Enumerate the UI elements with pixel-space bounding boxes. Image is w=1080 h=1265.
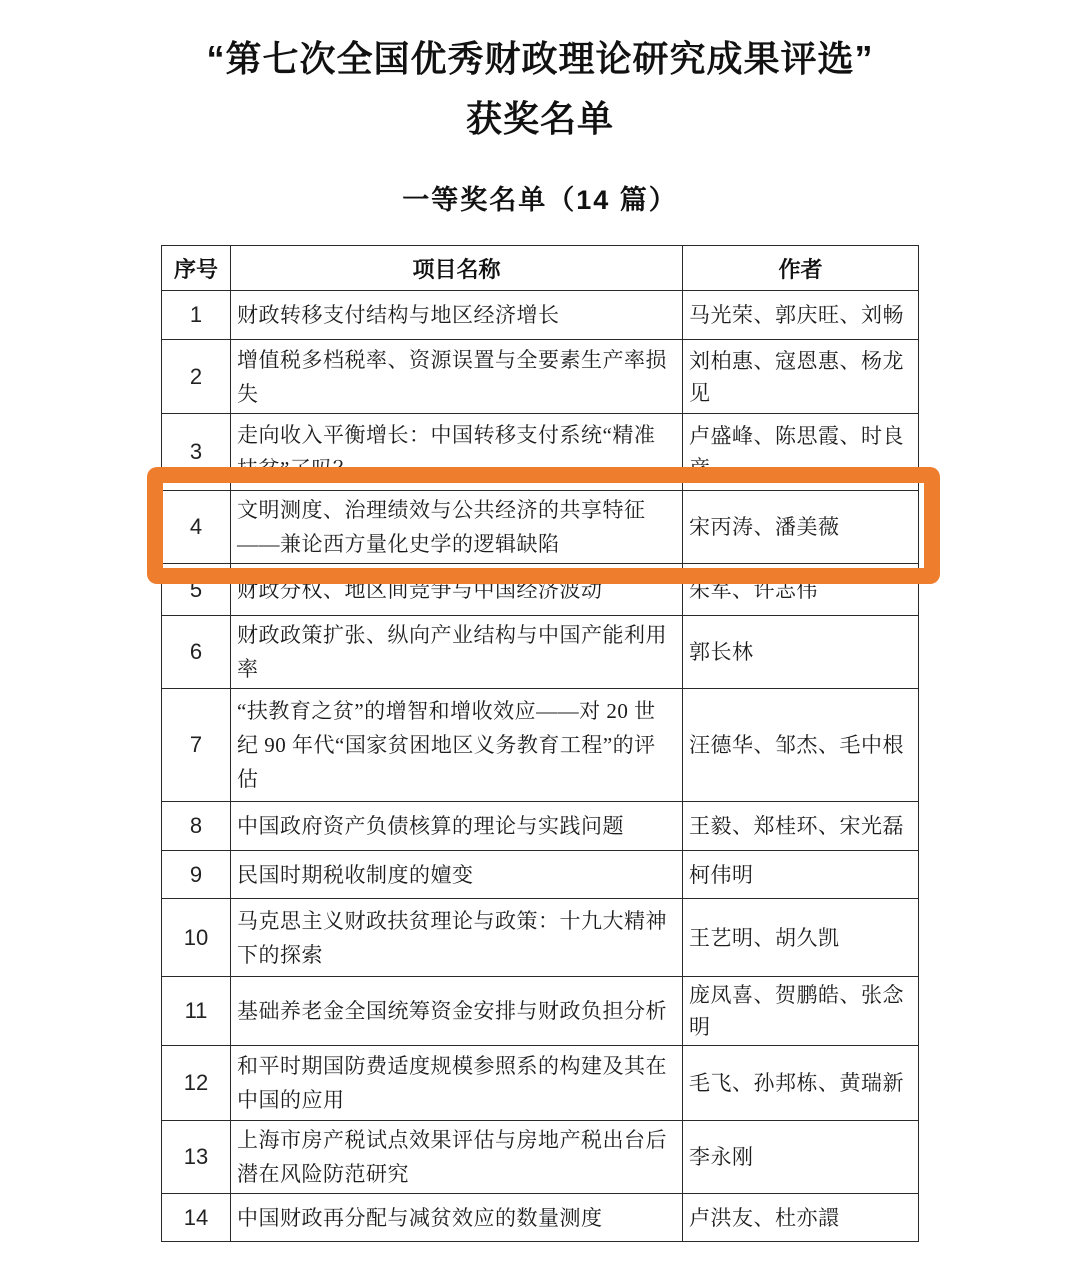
table-row: 5财政分权、地区间竞争与中国经济波动朱军、许志伟: [162, 564, 919, 616]
row-number: 4: [162, 491, 231, 564]
project-title: 中国政府资产负债核算的理论与实践问题: [231, 802, 683, 851]
project-title: 基础养老金全国统筹资金安排与财政负担分析: [231, 977, 683, 1046]
col-header-title: 项目名称: [231, 246, 683, 291]
section-title: 一等奖名单（14 篇）: [0, 186, 1080, 214]
row-number: 9: [162, 851, 231, 899]
row-number: 5: [162, 564, 231, 616]
table-row: 13上海市房产税试点效果评估与房地产税出台后潜在风险防范研究李永刚: [162, 1121, 919, 1194]
project-authors: 毛飞、孙邦栋、黄瑞新: [683, 1046, 919, 1121]
row-number: 10: [162, 899, 231, 977]
project-title: 财政政策扩张、纵向产业结构与中国产能利用率: [231, 616, 683, 689]
project-authors: 马光荣、郭庆旺、刘畅: [683, 291, 919, 340]
row-number: 6: [162, 616, 231, 689]
project-title: “扶教育之贫”的增智和增收效应——对 20 世纪 90 年代“国家贫困地区义务教…: [231, 689, 683, 802]
project-authors: 李永刚: [683, 1121, 919, 1194]
project-title: 上海市房产税试点效果评估与房地产税出台后潜在风险防范研究: [231, 1121, 683, 1194]
col-header-no: 序号: [162, 246, 231, 291]
row-number: 12: [162, 1046, 231, 1121]
row-number: 1: [162, 291, 231, 340]
row-number: 11: [162, 977, 231, 1046]
table-row: 8中国政府资产负债核算的理论与实践问题王毅、郑桂环、宋光磊: [162, 802, 919, 851]
project-title: 民国时期税收制度的嬗变: [231, 851, 683, 899]
table-row: 7“扶教育之贫”的增智和增收效应——对 20 世纪 90 年代“国家贫困地区义务…: [162, 689, 919, 802]
project-authors: 郭长林: [683, 616, 919, 689]
project-authors: 宋丙涛、潘美薇: [683, 491, 919, 564]
project-authors: 王毅、郑桂环、宋光磊: [683, 802, 919, 851]
row-number: 3: [162, 414, 231, 491]
project-authors: 卢盛峰、陈思霞、时良彦: [683, 414, 919, 491]
table-row: 4文明测度、治理绩效与公共经济的共享特征——兼论西方量化史学的逻辑缺陷宋丙涛、潘…: [162, 491, 919, 564]
table-row: 1财政转移支付结构与地区经济增长马光荣、郭庆旺、刘畅: [162, 291, 919, 340]
project-authors: 卢洪友、杜亦譞: [683, 1194, 919, 1242]
project-title: 和平时期国防费适度规模参照系的构建及其在中国的应用: [231, 1046, 683, 1121]
col-header-authors: 作者: [683, 246, 919, 291]
table-row: 9民国时期税收制度的嬗变柯伟明: [162, 851, 919, 899]
project-title: 财政转移支付结构与地区经济增长: [231, 291, 683, 340]
project-title: 文明测度、治理绩效与公共经济的共享特征——兼论西方量化史学的逻辑缺陷: [231, 491, 683, 564]
row-number: 8: [162, 802, 231, 851]
project-authors: 刘柏惠、寇恩惠、杨龙见: [683, 340, 919, 414]
document-title-line1: “第七次全国优秀财政理论研究成果评选”: [0, 40, 1080, 78]
project-title: 中国财政再分配与减贫效应的数量测度: [231, 1194, 683, 1242]
project-authors: 汪德华、邹杰、毛中根: [683, 689, 919, 802]
row-number: 13: [162, 1121, 231, 1194]
project-authors: 朱军、许志伟: [683, 564, 919, 616]
row-number: 2: [162, 340, 231, 414]
project-title: 财政分权、地区间竞争与中国经济波动: [231, 564, 683, 616]
project-title: 增值税多档税率、资源误置与全要素生产率损失: [231, 340, 683, 414]
table-row: 12和平时期国防费适度规模参照系的构建及其在中国的应用毛飞、孙邦栋、黄瑞新: [162, 1046, 919, 1121]
award-table: 序号 项目名称 作者 1财政转移支付结构与地区经济增长马光荣、郭庆旺、刘畅2增值…: [161, 245, 919, 1242]
table-header-row: 序号 项目名称 作者: [162, 246, 919, 291]
table-row: 6财政政策扩张、纵向产业结构与中国产能利用率郭长林: [162, 616, 919, 689]
table-row: 2增值税多档税率、资源误置与全要素生产率损失刘柏惠、寇恩惠、杨龙见: [162, 340, 919, 414]
document-page: “第七次全国优秀财政理论研究成果评选” 获奖名单 一等奖名单（14 篇） 序号 …: [0, 0, 1080, 1265]
project-title: 走向收入平衡增长：中国转移支付系统“精准扶贫”了吗？: [231, 414, 683, 491]
project-authors: 庞凤喜、贺鹏皓、张念明: [683, 977, 919, 1046]
project-title: 马克思主义财政扶贫理论与政策：十九大精神下的探索: [231, 899, 683, 977]
row-number: 7: [162, 689, 231, 802]
row-number: 14: [162, 1194, 231, 1242]
table-row: 3走向收入平衡增长：中国转移支付系统“精准扶贫”了吗？卢盛峰、陈思霞、时良彦: [162, 414, 919, 491]
project-authors: 王艺明、胡久凯: [683, 899, 919, 977]
table-row: 14中国财政再分配与减贫效应的数量测度卢洪友、杜亦譞: [162, 1194, 919, 1242]
project-authors: 柯伟明: [683, 851, 919, 899]
table-row: 11基础养老金全国统筹资金安排与财政负担分析庞凤喜、贺鹏皓、张念明: [162, 977, 919, 1046]
document-title-line2: 获奖名单: [0, 100, 1080, 138]
table-row: 10马克思主义财政扶贫理论与政策：十九大精神下的探索王艺明、胡久凯: [162, 899, 919, 977]
